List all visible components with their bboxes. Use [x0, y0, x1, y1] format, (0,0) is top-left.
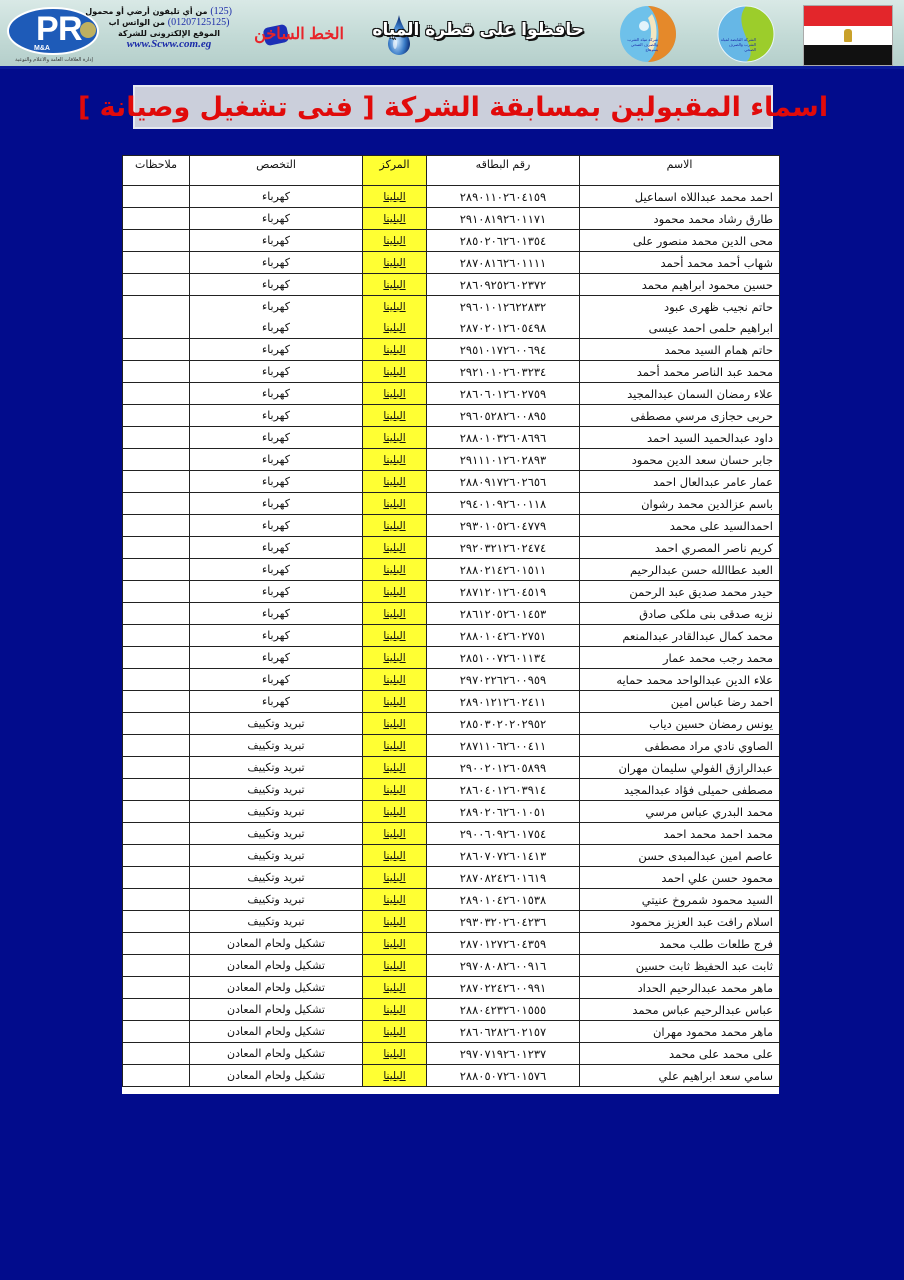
table-row: احمدالسيد على محمد٢٩٣٠١٠٥٢٦٠٤٧٧٩البليناك…	[123, 515, 780, 537]
cell-notes	[123, 867, 190, 889]
cell-id-number: ٢٨٧١٢٠١٢٦٠٤٥١٩	[427, 581, 580, 603]
cell-name: محمد رجب محمد عمار	[580, 647, 780, 669]
center-label: البلينا	[383, 564, 405, 576]
cell-name: محمود حسن علي احمد	[580, 867, 780, 889]
cell-center: البلينا	[363, 977, 427, 999]
cell-specialty: كهرباء	[190, 471, 363, 493]
table-row: محمود حسن علي احمد٢٨٧٠٨٢٤٢٦٠١٦١٩البلينات…	[123, 867, 780, 889]
cell-id-number: ٢٨٦١٢٠٥٢٦٠١٤٥٣	[427, 603, 580, 625]
cell-name: احمدالسيد على محمد	[580, 515, 780, 537]
cell-center: البلينا	[363, 339, 427, 361]
cell-name: ثابت عبد الحفيظ ثابت حسين	[580, 955, 780, 977]
cell-name: عباس عبدالرحيم عباس محمد	[580, 999, 780, 1021]
center-label: البلينا	[383, 498, 405, 510]
holding-company-logo: الشركة القابضة لمياه الشرب والصرف الصحي	[716, 4, 776, 64]
cell-name: محمد عبد الناصر محمد أحمد	[580, 361, 780, 383]
cell-name: حيدر محمد صديق عبد الرحمن	[580, 581, 780, 603]
table-row: مصطفى حميلى فؤاد عبدالمجيد٢٨٦٠٤٠١٢٦٠٣٩١٤…	[123, 779, 780, 801]
cell-center: البلينا	[363, 427, 427, 449]
table-row: اسلام رافت عبد العزيز محمود٢٩٣٠٣٢٠٢٦٠٤٢٣…	[123, 911, 780, 933]
cell-id-number: ٢٨٨٠١٠٤٢٦٠٢٧٥١	[427, 625, 580, 647]
table-row: فرج طلعات طلب محمد٢٨٧٠١٢٧٢٦٠٤٣٥٩البلينات…	[123, 933, 780, 955]
cell-name: ابراهيم حلمى احمد عيسى	[580, 317, 780, 339]
cell-id-number: ٢٨٦٠٦٢٨٢٦٠٢١٥٧	[427, 1021, 580, 1043]
cell-specialty: كهرباء	[190, 669, 363, 691]
cell-specialty: تبريد وتكييف	[190, 713, 363, 735]
cell-specialty: تبريد وتكييف	[190, 779, 363, 801]
table-row: العبد عطاالله حسن عبدالرحيم٢٨٨٠٢١٤٢٦٠١٥١…	[123, 559, 780, 581]
table-row: محمد البدري عباس مرسي٢٨٩٠٢٠٦٢٦٠١٠٥١البلي…	[123, 801, 780, 823]
cell-specialty: كهرباء	[190, 274, 363, 296]
cell-specialty: تبريد وتكييف	[190, 757, 363, 779]
cell-specialty: كهرباء	[190, 515, 363, 537]
cell-notes	[123, 757, 190, 779]
table-row: باسم عزالدين محمد رشوان٢٩٤٠١٠٩٢٦٠٠١١٨الب…	[123, 493, 780, 515]
center-label: البلينا	[383, 366, 405, 378]
table-row: ماهر محمد عبدالرحيم الحداد٢٨٧٠٢٢٤٢٦٠٠٩٩١…	[123, 977, 780, 999]
table-row: عباس عبدالرحيم عباس محمد٢٨٨٠٤٢٣٢٦٠١٥٥٥ال…	[123, 999, 780, 1021]
cell-specialty: كهرباء	[190, 296, 363, 318]
cell-center: البلينا	[363, 1043, 427, 1065]
center-label: البلينا	[383, 257, 405, 269]
cell-id-number: ٢٨٦٠٧٠٧٢٦٠١٤١٣	[427, 845, 580, 867]
cell-specialty: كهرباء	[190, 383, 363, 405]
accepted-candidates-table: الاسم رقم البطاقه المركز التخصص ملاحظات …	[122, 155, 780, 1087]
cell-name: حسين محمود ابراهيم محمد	[580, 274, 780, 296]
cell-name: السيد محمود شمروخ عنيتي	[580, 889, 780, 911]
table-row: شهاب أحمد محمد أحمد٢٨٧٠٨١٦٢٦٠١١١١البلينا…	[123, 252, 780, 274]
cell-center: البلينا	[363, 603, 427, 625]
svg-text:M&A: M&A	[34, 45, 50, 52]
cell-id-number: ٢٨٩٠١١٠٢٦٠٤١٥٩	[427, 186, 580, 208]
table-row: ابراهيم حلمى احمد عيسى٢٨٧٠٢٠١٢٦٠٥٤٩٨البل…	[123, 317, 780, 339]
cell-specialty: كهرباء	[190, 186, 363, 208]
cell-center: البلينا	[363, 493, 427, 515]
cell-specialty: تبريد وتكييف	[190, 735, 363, 757]
cell-center: البلينا	[363, 691, 427, 713]
cell-specialty: تبريد وتكييف	[190, 801, 363, 823]
center-label: البلينا	[383, 784, 405, 796]
cell-id-number: ٢٨٨٠٤٢٣٢٦٠١٥٥٥	[427, 999, 580, 1021]
cell-center: البلينا	[363, 317, 427, 339]
table-row: محمد عبد الناصر محمد أحمد٢٩٢١٠١٠٢٦٠٣٢٣٤ا…	[123, 361, 780, 383]
cell-notes	[123, 911, 190, 933]
cell-id-number: ٢٨٨٠٢١٤٢٦٠١٥١١	[427, 559, 580, 581]
table-row: داود عبدالحميد السيد احمد٢٨٨٠١٠٣٢٦٠٨٦٩٦ا…	[123, 427, 780, 449]
center-label: البلينا	[383, 696, 405, 708]
holding-logo-icon	[716, 4, 776, 64]
cell-id-number: ٢٩٢٠٣٢١٢٦٠٢٤٧٤	[427, 537, 580, 559]
slogan: حافظوا على قطرة المياه	[424, 20, 584, 40]
cell-notes	[123, 955, 190, 977]
cell-specialty: كهرباء	[190, 537, 363, 559]
cell-notes	[123, 801, 190, 823]
table-row: حيدر محمد صديق عبد الرحمن٢٨٧١٢٠١٢٦٠٤٥١٩ا…	[123, 581, 780, 603]
cell-notes	[123, 471, 190, 493]
table-header-row: الاسم رقم البطاقه المركز التخصص ملاحظات	[123, 156, 780, 186]
cell-name: محمد احمد محمد احمد	[580, 823, 780, 845]
cell-id-number: ٢٨٥٠٣٠٢٠٢٠٢٩٥٢	[427, 713, 580, 735]
cell-id-number: ٢٨٧٠٢٠١٢٦٠٥٤٩٨	[427, 317, 580, 339]
table-row: احمد محمد عبداللاه اسماعيل٢٨٩٠١١٠٢٦٠٤١٥٩…	[123, 186, 780, 208]
table-row: محمد احمد محمد احمد٢٩٠٠٦٠٩٢٦٠١٧٥٤البلينا…	[123, 823, 780, 845]
cell-center: البلينا	[363, 449, 427, 471]
cell-id-number: ٢٨٦٠٦٠١٢٦٠٢٧٥٩	[427, 383, 580, 405]
cell-notes	[123, 1065, 190, 1087]
column-header-center: المركز	[363, 156, 427, 186]
cell-specialty: كهرباء	[190, 427, 363, 449]
cell-name: يونس رمضان حسين دياب	[580, 713, 780, 735]
cell-specialty: كهرباء	[190, 603, 363, 625]
column-header-specialty: التخصص	[190, 156, 363, 186]
cell-center: البلينا	[363, 296, 427, 318]
cell-notes	[123, 208, 190, 230]
table-row: الصاوي نادي مراد مصطفى٢٨٧١١٠٦٢٦٠٠٤١١البل…	[123, 735, 780, 757]
cell-id-number: ٢٩٦٠٥٢٨٢٦٠٠٨٩٥	[427, 405, 580, 427]
table-row: كريم ناصر المصري احمد٢٩٢٠٣٢١٢٦٠٢٤٧٤البلي…	[123, 537, 780, 559]
center-label: البلينا	[383, 1026, 405, 1038]
center-label: البلينا	[383, 191, 405, 203]
sohag-logo-caption: شركة مياه الشرب والصرف الصحي بسوهاج	[618, 37, 658, 52]
cell-id-number: ٢٩٣٠١٠٥٢٦٠٤٧٧٩	[427, 515, 580, 537]
svg-text:R: R	[58, 10, 83, 48]
table-row: محمد كمال عبدالقادر عبدالمنعم٢٨٨٠١٠٤٢٦٠٢…	[123, 625, 780, 647]
cell-center: البلينا	[363, 186, 427, 208]
cell-name: داود عبدالحميد السيد احمد	[580, 427, 780, 449]
cell-specialty: كهرباء	[190, 691, 363, 713]
cell-notes	[123, 999, 190, 1021]
center-label: البلينا	[383, 850, 405, 862]
cell-name: شهاب أحمد محمد أحمد	[580, 252, 780, 274]
cell-notes	[123, 383, 190, 405]
cell-name: كريم ناصر المصري احمد	[580, 537, 780, 559]
center-label: البلينا	[383, 235, 405, 247]
cell-id-number: ٢٨٩٠١٢١٢٦٠٢٤١١	[427, 691, 580, 713]
cell-center: البلينا	[363, 867, 427, 889]
cell-notes	[123, 559, 190, 581]
accepted-candidates-sheet: الاسم رقم البطاقه المركز التخصص ملاحظات …	[122, 155, 779, 1094]
table-body: احمد محمد عبداللاه اسماعيل٢٨٩٠١١٠٢٦٠٤١٥٩…	[123, 186, 780, 1087]
cell-id-number: ٢٨٦٠٩٢٥٢٦٠٢٣٧٢	[427, 274, 580, 296]
cell-center: البلينا	[363, 405, 427, 427]
center-label: البلينا	[383, 1004, 405, 1016]
cell-id-number: ٢٩٦٠١٠١٢٦٢٢٨٣٢	[427, 296, 580, 318]
cell-name: على محمد على محمد	[580, 1043, 780, 1065]
cell-notes	[123, 823, 190, 845]
cell-center: البلينا	[363, 779, 427, 801]
center-label: البلينا	[383, 586, 405, 598]
cell-center: البلينا	[363, 1065, 427, 1087]
cell-id-number: ٢٨٧١١٠٦٢٦٠٠٤١١	[427, 735, 580, 757]
svg-text:P: P	[36, 10, 59, 48]
cell-name: العبد عطاالله حسن عبدالرحيم	[580, 559, 780, 581]
cell-name: حاتم نجيب ظهرى عبود	[580, 296, 780, 318]
center-label: البلينا	[383, 740, 405, 752]
table-row: ماهر محمد محمود مهران٢٨٦٠٦٢٨٢٦٠٢١٥٧البلي…	[123, 1021, 780, 1043]
cell-notes	[123, 537, 190, 559]
cell-name: ماهر محمد عبدالرحيم الحداد	[580, 977, 780, 999]
cell-specialty: كهرباء	[190, 252, 363, 274]
table-row: يونس رمضان حسين دياب٢٨٥٠٣٠٢٠٢٠٢٩٥٢البلين…	[123, 713, 780, 735]
sohag-logo-icon	[618, 4, 678, 64]
cell-center: البلينا	[363, 230, 427, 252]
center-label: البلينا	[383, 279, 405, 291]
cell-center: البلينا	[363, 801, 427, 823]
center-label: البلينا	[383, 301, 405, 313]
cell-id-number: ٢٨٨٠٩١٧٢٦٠٢٦٥٦	[427, 471, 580, 493]
column-header-id: رقم البطاقه	[427, 156, 580, 186]
cell-name: باسم عزالدين محمد رشوان	[580, 493, 780, 515]
pr-caption: إدارة العلاقات العامة والاعلام والتوعية	[4, 57, 104, 63]
cell-notes	[123, 296, 190, 318]
table-row: حسين محمود ابراهيم محمد٢٨٦٠٩٢٥٢٦٠٢٣٧٢الب…	[123, 274, 780, 296]
cell-name: محى الدين محمد منصور على	[580, 230, 780, 252]
table-row: محمد رجب محمد عمار٢٨٥١٠٠٧٢٦٠١١٣٤البليناك…	[123, 647, 780, 669]
cell-name: جابر حسان سعد الدين محمود	[580, 449, 780, 471]
cell-specialty: كهرباء	[190, 361, 363, 383]
cell-id-number: ٢٩٥١٠١٧٢٦٠٠٦٩٤	[427, 339, 580, 361]
cell-id-number: ٢٨٨٠٥٠٧٢٦٠١٥٧٦	[427, 1065, 580, 1087]
center-label: البلينا	[383, 432, 405, 444]
table-row: نزيه صدقى بنى ملكى صادق٢٨٦١٢٠٥٢٦٠١٤٥٣الب…	[123, 603, 780, 625]
center-label: البلينا	[383, 1070, 405, 1082]
hotline-logo: الخط الساخن	[238, 22, 348, 48]
cell-name: حاتم همام السيد محمد	[580, 339, 780, 361]
cell-notes	[123, 317, 190, 339]
center-label: البلينا	[383, 718, 405, 730]
cell-center: البلينا	[363, 208, 427, 230]
cell-name: عبدالرازق الفولي سليمان مهران	[580, 757, 780, 779]
table-row: علاء الدين عبدالواحد محمد حمايه٢٩٧٠٢٢٦٢٦…	[123, 669, 780, 691]
cell-center: البلينا	[363, 933, 427, 955]
cell-notes	[123, 603, 190, 625]
cell-specialty: كهرباء	[190, 647, 363, 669]
cell-center: البلينا	[363, 1021, 427, 1043]
center-label: البلينا	[383, 652, 405, 664]
cell-specialty: تشكيل ولحام المعادن	[190, 999, 363, 1021]
center-label: البلينا	[383, 916, 405, 928]
cell-name: علاء الدين عبدالواحد محمد حمايه	[580, 669, 780, 691]
cell-id-number: ٢٨٧٠٢٢٤٢٦٠٠٩٩١	[427, 977, 580, 999]
hotline-number: (125)	[210, 6, 232, 17]
cell-name: احمد رضا عباس امين	[580, 691, 780, 713]
cell-center: البلينا	[363, 581, 427, 603]
center-label: البلينا	[383, 762, 405, 774]
cell-notes	[123, 515, 190, 537]
cell-center: البلينا	[363, 559, 427, 581]
center-label: البلينا	[383, 388, 405, 400]
cell-notes	[123, 581, 190, 603]
cell-notes	[123, 186, 190, 208]
cell-notes	[123, 713, 190, 735]
cell-id-number: ٢٩٧٠٧١٩٢٦٠١٢٣٧	[427, 1043, 580, 1065]
cell-name: ماهر محمد محمود مهران	[580, 1021, 780, 1043]
hotline-text: من أي تليفون أرضي أو محمول	[85, 7, 207, 16]
cell-name: محمد البدري عباس مرسي	[580, 801, 780, 823]
cell-specialty: تبريد وتكييف	[190, 911, 363, 933]
cell-notes	[123, 1043, 190, 1065]
cell-notes	[123, 977, 190, 999]
cell-notes	[123, 449, 190, 471]
center-label: البلينا	[383, 410, 405, 422]
cell-center: البلينا	[363, 625, 427, 647]
table-row: السيد محمود شمروخ عنيتي٢٨٩٠١٠٤٢٦٠١٥٣٨الب…	[123, 889, 780, 911]
center-label: البلينا	[383, 213, 405, 225]
cell-specialty: تشكيل ولحام المعادن	[190, 955, 363, 977]
cell-specialty: كهرباء	[190, 317, 363, 339]
center-label: البلينا	[383, 894, 405, 906]
cell-name: الصاوي نادي مراد مصطفى	[580, 735, 780, 757]
center-label: البلينا	[383, 938, 405, 950]
table-row: سامي سعد ابراهيم علي٢٨٨٠٥٠٧٢٦٠١٥٧٦البلين…	[123, 1065, 780, 1087]
table-row: على محمد على محمد٢٩٧٠٧١٩٢٦٠١٢٣٧البليناتش…	[123, 1043, 780, 1065]
cell-specialty: تبريد وتكييف	[190, 823, 363, 845]
contact-info: (125) من أي تليفون أرضي أو محمول (012071…	[106, 6, 232, 50]
table-row: ثابت عبد الحفيظ ثابت حسين٢٩٧٠٨٠٨٢٦٠٠٩١٦ا…	[123, 955, 780, 977]
cell-center: البلينا	[363, 911, 427, 933]
cell-specialty: تشكيل ولحام المعادن	[190, 1021, 363, 1043]
center-label: البلينا	[383, 520, 405, 532]
cell-specialty: تبريد وتكييف	[190, 867, 363, 889]
cell-center: البلينا	[363, 361, 427, 383]
cell-center: البلينا	[363, 515, 427, 537]
cell-specialty: كهرباء	[190, 208, 363, 230]
egypt-flag-icon	[803, 5, 893, 66]
sohag-water-company-logo: شركة مياه الشرب والصرف الصحي بسوهاج	[618, 4, 678, 64]
cell-specialty: تبريد وتكييف	[190, 889, 363, 911]
cell-id-number: ٢٨٥٠٢٠٦٢٦٠١٣٥٤	[427, 230, 580, 252]
cell-notes	[123, 361, 190, 383]
cell-center: البلينا	[363, 274, 427, 296]
cell-name: نزيه صدقى بنى ملكى صادق	[580, 603, 780, 625]
cell-notes	[123, 252, 190, 274]
cell-notes	[123, 735, 190, 757]
table-row: حاتم همام السيد محمد٢٩٥١٠١٧٢٦٠٠٦٩٤البلين…	[123, 339, 780, 361]
cell-notes	[123, 493, 190, 515]
cell-specialty: كهرباء	[190, 339, 363, 361]
cell-id-number: ٢٨٧٠٨٢٤٢٦٠١٦١٩	[427, 867, 580, 889]
center-label: البلينا	[383, 982, 405, 994]
cell-center: البلينا	[363, 383, 427, 405]
cell-center: البلينا	[363, 955, 427, 977]
center-label: البلينا	[383, 806, 405, 818]
cell-center: البلينا	[363, 823, 427, 845]
center-label: البلينا	[383, 630, 405, 642]
cell-name: علاء رمضان السمان عبدالمجيد	[580, 383, 780, 405]
cell-specialty: كهرباء	[190, 449, 363, 471]
cell-name: مصطفى حميلى فؤاد عبدالمجيد	[580, 779, 780, 801]
cell-specialty: تبريد وتكييف	[190, 845, 363, 867]
center-label: البلينا	[383, 872, 405, 884]
cell-name: محمد كمال عبدالقادر عبدالمنعم	[580, 625, 780, 647]
header-banner: P R M&A إدارة العلاقات العامة والاعلام و…	[0, 0, 904, 69]
cell-name: فرج طلعات طلب محمد	[580, 933, 780, 955]
cell-specialty: تشكيل ولحام المعادن	[190, 1065, 363, 1087]
table-row: حاتم نجيب ظهرى عبود٢٩٦٠١٠١٢٦٢٢٨٣٢البلينا…	[123, 296, 780, 318]
cell-name: سامي سعد ابراهيم علي	[580, 1065, 780, 1087]
cell-specialty: تشكيل ولحام المعادن	[190, 1043, 363, 1065]
cell-center: البلينا	[363, 999, 427, 1021]
table-row: حربى حجازى مرسي مصطفى٢٩٦٠٥٢٨٢٦٠٠٨٩٥البلي…	[123, 405, 780, 427]
cell-name: طارق رشاد محمد محمود	[580, 208, 780, 230]
cell-name: عمار عامر عبدالعال احمد	[580, 471, 780, 493]
center-label: البلينا	[383, 344, 405, 356]
page-title: اسماء المقبولين بمسابقة الشركة [ فنى تشغ…	[78, 92, 828, 123]
cell-id-number: ٢٩٣٠٣٢٠٢٦٠٤٢٣٦	[427, 911, 580, 933]
cell-specialty: كهرباء	[190, 581, 363, 603]
table-row: جابر حسان سعد الدين محمود٢٩١١١٠١٢٦٠٢٨٩٣ا…	[123, 449, 780, 471]
cell-id-number: ٢٩٧٠٨٠٨٢٦٠٠٩١٦	[427, 955, 580, 977]
cell-center: البلينا	[363, 757, 427, 779]
cell-id-number: ٢٨٧٠٨١٦٢٦٠١١١١	[427, 252, 580, 274]
cell-notes	[123, 779, 190, 801]
cell-id-number: ٢٨٩٠٢٠٦٢٦٠١٠٥١	[427, 801, 580, 823]
cell-id-number: ٢٩٠٠٦٠٩٢٦٠١٧٥٤	[427, 823, 580, 845]
cell-id-number: ٢٩١١١٠١٢٦٠٢٨٩٣	[427, 449, 580, 471]
cell-center: البلينا	[363, 647, 427, 669]
cell-specialty: تشكيل ولحام المعادن	[190, 933, 363, 955]
column-header-name: الاسم	[580, 156, 780, 186]
cell-notes	[123, 1021, 190, 1043]
cell-specialty: كهرباء	[190, 405, 363, 427]
cell-specialty: كهرباء	[190, 625, 363, 647]
center-label: البلينا	[383, 454, 405, 466]
cell-notes	[123, 647, 190, 669]
cell-id-number: ٢٨٩٠١٠٤٢٦٠١٥٣٨	[427, 889, 580, 911]
whatsapp-number: (01207125125)	[168, 17, 230, 28]
cell-notes	[123, 405, 190, 427]
cell-specialty: تشكيل ولحام المعادن	[190, 977, 363, 999]
center-label: البلينا	[383, 674, 405, 686]
cell-center: البلينا	[363, 471, 427, 493]
hotline-logo-text: الخط الساخن	[254, 24, 344, 44]
table-row: طارق رشاد محمد محمود٢٩١٠٨١٩٢٦٠١١٧١البلين…	[123, 208, 780, 230]
center-label: البلينا	[383, 608, 405, 620]
cell-center: البلينا	[363, 735, 427, 757]
table-row: علاء رمضان السمان عبدالمجيد٢٨٦٠٦٠١٢٦٠٢٧٥…	[123, 383, 780, 405]
cell-notes	[123, 889, 190, 911]
table-row: عاصم امين عبدالمبدى حسن٢٨٦٠٧٠٧٢٦٠١٤١٣الب…	[123, 845, 780, 867]
cell-notes	[123, 274, 190, 296]
cell-name: اسلام رافت عبد العزيز محمود	[580, 911, 780, 933]
cell-id-number: ٢٩٢١٠١٠٢٦٠٣٢٣٤	[427, 361, 580, 383]
cell-notes	[123, 669, 190, 691]
website-link[interactable]: www.Scww.com.eg	[106, 39, 232, 50]
cell-id-number: ٢٩٠٠٢٠١٢٦٠٥٨٩٩	[427, 757, 580, 779]
cell-name: حربى حجازى مرسي مصطفى	[580, 405, 780, 427]
cell-specialty: كهرباء	[190, 493, 363, 515]
cell-center: البلينا	[363, 252, 427, 274]
table-row: محى الدين محمد منصور على٢٨٥٠٢٠٦٢٦٠١٣٥٤ال…	[123, 230, 780, 252]
cell-notes	[123, 230, 190, 252]
page-title-box: اسماء المقبولين بمسابقة الشركة [ فنى تشغ…	[133, 85, 773, 129]
cell-notes	[123, 625, 190, 647]
center-label: البلينا	[383, 960, 405, 972]
cell-notes	[123, 691, 190, 713]
cell-notes	[123, 427, 190, 449]
cell-id-number: ٢٨٨٠١٠٣٢٦٠٨٦٩٦	[427, 427, 580, 449]
cell-id-number: ٢٨٧٠١٢٧٢٦٠٤٣٥٩	[427, 933, 580, 955]
cell-notes	[123, 933, 190, 955]
cell-id-number: ٢٩١٠٨١٩٢٦٠١١٧١	[427, 208, 580, 230]
table-row: عمار عامر عبدالعال احمد٢٨٨٠٩١٧٢٦٠٢٦٥٦الب…	[123, 471, 780, 493]
center-label: البلينا	[383, 476, 405, 488]
center-label: البلينا	[383, 322, 405, 334]
cell-notes	[123, 845, 190, 867]
cell-name: عاصم امين عبدالمبدى حسن	[580, 845, 780, 867]
center-label: البلينا	[383, 1048, 405, 1060]
cell-id-number: ٢٩٤٠١٠٩٢٦٠٠١١٨	[427, 493, 580, 515]
